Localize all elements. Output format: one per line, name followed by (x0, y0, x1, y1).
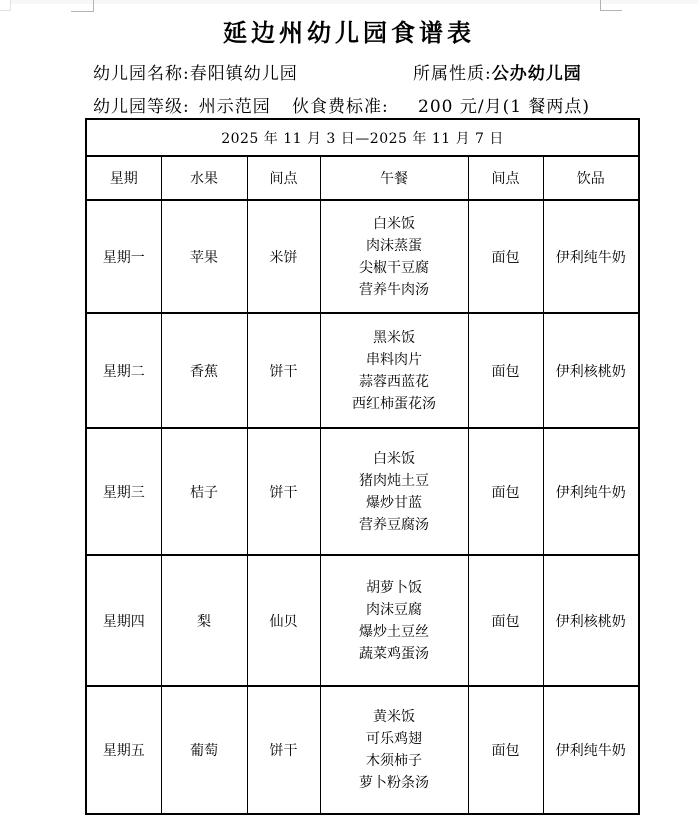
margin-crop-mark-top-right (600, 10, 622, 11)
lunch-item: 爆炒甘蓝 (321, 492, 468, 514)
lunch-item: 营养豆腐汤 (321, 514, 468, 536)
day-cell: 星期四 (86, 555, 161, 686)
menu-table: 2025 年 11 月 3 日—2025 年 11 月 7 日星期水果间点午餐间… (85, 118, 640, 815)
lunch-item: 白米饭 (321, 448, 468, 470)
page-title: 延边州幼儿园食谱表 (0, 13, 698, 48)
column-header-2: 水果 (161, 156, 247, 200)
fruit-cell: 苹果 (161, 200, 247, 313)
lunch-cell: 白米饭肉沫蒸蛋尖椒干豆腐营养牛肉汤 (320, 200, 468, 313)
column-header-4: 午餐 (320, 156, 468, 200)
lunch-item: 可乐鸡翅 (321, 728, 468, 750)
drink-cell: 伊利纯牛奶 (543, 686, 639, 814)
menu-row: 星期五葡萄饼干黄米饭可乐鸡翅木须柿子萝卜粉条汤面包伊利纯牛奶 (86, 686, 639, 814)
morning-snack-cell: 仙贝 (247, 555, 320, 686)
meal-fee-label: 伙食费标准: (292, 92, 389, 117)
menu-row: 星期二香蕉饼干黑米饭串料肉片蒜蓉西蓝花西红柿蛋花汤面包伊利核桃奶 (86, 313, 639, 428)
lunch-item: 蒜蓉西蓝花 (321, 371, 468, 393)
menu-row: 星期四梨仙贝胡萝卜饭肉沫豆腐爆炒土豆丝蔬菜鸡蛋汤面包伊利核桃奶 (86, 555, 639, 686)
column-header-6: 饮品 (543, 156, 639, 200)
drink-cell: 伊利纯牛奶 (543, 200, 639, 313)
ownership-type-label: 所属性质: (413, 64, 492, 84)
lunch-item: 木须柿子 (321, 750, 468, 772)
page-corner-artifact (0, 0, 11, 11)
header-row: 星期水果间点午餐间点饮品 (86, 156, 639, 200)
lunch-item: 萝卜粉条汤 (321, 772, 468, 794)
lunch-cell: 黑米饭串料肉片蒜蓉西蓝花西红柿蛋花汤 (320, 313, 468, 428)
menu-row: 星期三桔子饼干白米饭猪肉炖土豆爆炒甘蓝营养豆腐汤面包伊利纯牛奶 (86, 428, 639, 555)
lunch-item: 白米饭 (321, 213, 468, 235)
afternoon-snack-cell: 面包 (468, 686, 543, 814)
meal-fee-value: 200 元/月(1 餐两点) (418, 92, 590, 117)
lunch-cell: 胡萝卜饭肉沫豆腐爆炒土豆丝蔬菜鸡蛋汤 (320, 555, 468, 686)
column-header-3: 间点 (247, 156, 320, 200)
lunch-item: 尖椒干豆腐 (321, 257, 468, 279)
kindergarten-info-line-2: 幼儿园等级:州示范园 伙食费标准: 200 元/月(1 餐两点) (0, 92, 698, 116)
date-range-cell: 2025 年 11 月 3 日—2025 年 11 月 7 日 (86, 119, 639, 156)
lunch-item: 串料肉片 (321, 349, 468, 371)
kindergarten-grade-label: 幼儿园等级: (93, 97, 190, 117)
kindergarten-info-line-1: 幼儿园名称:春阳镇幼儿园 所属性质:公办幼儿园 (0, 59, 698, 83)
lunch-item: 肉沫蒸蛋 (321, 235, 468, 257)
morning-snack-cell: 饼干 (247, 686, 320, 814)
date-row: 2025 年 11 月 3 日—2025 年 11 月 7 日 (86, 119, 639, 156)
lunch-item: 爆炒土豆丝 (321, 621, 468, 643)
column-header-1: 星期 (86, 156, 161, 200)
kindergarten-grade-value: 州示范园 (199, 97, 271, 117)
lunch-cell: 白米饭猪肉炖土豆爆炒甘蓝营养豆腐汤 (320, 428, 468, 555)
kindergarten-name-label: 幼儿园名称: (93, 64, 190, 84)
morning-snack-cell: 饼干 (247, 313, 320, 428)
afternoon-snack-cell: 面包 (468, 428, 543, 555)
drink-cell: 伊利纯牛奶 (543, 428, 639, 555)
ownership-type: 所属性质:公办幼儿园 (413, 59, 582, 84)
margin-crop-mark-top-right (600, 0, 601, 11)
afternoon-snack-cell: 面包 (468, 313, 543, 428)
drink-cell: 伊利核桃奶 (543, 313, 639, 428)
fruit-cell: 葡萄 (161, 686, 247, 814)
kindergarten-name-value: 春阳镇幼儿园 (190, 64, 298, 84)
lunch-item: 黑米饭 (321, 327, 468, 349)
day-cell: 星期三 (86, 428, 161, 555)
lunch-item: 西红柿蛋花汤 (321, 393, 468, 415)
fruit-cell: 香蕉 (161, 313, 247, 428)
lunch-item: 肉沫豆腐 (321, 599, 468, 621)
lunch-item: 营养牛肉汤 (321, 279, 468, 301)
kindergarten-name: 幼儿园名称:春阳镇幼儿园 (93, 59, 298, 84)
afternoon-snack-cell: 面包 (468, 555, 543, 686)
afternoon-snack-cell: 面包 (468, 200, 543, 313)
day-cell: 星期二 (86, 313, 161, 428)
page-top-strip (0, 0, 698, 4)
day-cell: 星期一 (86, 200, 161, 313)
menu-row: 星期一苹果米饼白米饭肉沫蒸蛋尖椒干豆腐营养牛肉汤面包伊利纯牛奶 (86, 200, 639, 313)
document-page: { "header": { "title": "延边州幼儿园食谱表", "nam… (0, 0, 698, 835)
lunch-item: 猪肉炖土豆 (321, 470, 468, 492)
fruit-cell: 梨 (161, 555, 247, 686)
margin-crop-mark-top-left (71, 11, 94, 12)
lunch-item: 蔬菜鸡蛋汤 (321, 643, 468, 665)
lunch-item: 胡萝卜饭 (321, 577, 468, 599)
day-cell: 星期五 (86, 686, 161, 814)
column-header-5: 间点 (468, 156, 543, 200)
fruit-cell: 桔子 (161, 428, 247, 555)
ownership-type-value: 公办幼儿园 (492, 64, 582, 84)
lunch-item: 黄米饭 (321, 706, 468, 728)
morning-snack-cell: 米饼 (247, 200, 320, 313)
kindergarten-grade: 幼儿园等级:州示范园 (93, 92, 271, 117)
margin-crop-mark-top-left (93, 0, 94, 12)
drink-cell: 伊利核桃奶 (543, 555, 639, 686)
lunch-cell: 黄米饭可乐鸡翅木须柿子萝卜粉条汤 (320, 686, 468, 814)
morning-snack-cell: 饼干 (247, 428, 320, 555)
